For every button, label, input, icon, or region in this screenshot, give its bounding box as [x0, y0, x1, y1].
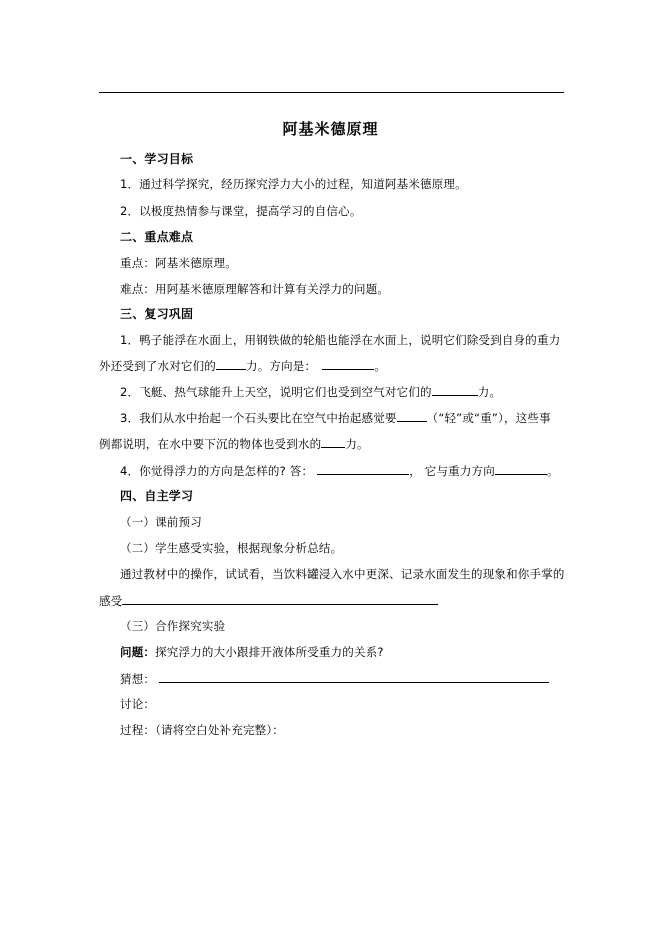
q1-blank-direction[interactable]	[322, 357, 374, 370]
experiment-paragraph-line2: 感受	[99, 592, 438, 609]
guess-label: 猜想：	[120, 672, 155, 686]
review-question-3-line2: 例都说明，在水中要下沉的物体也受到水的力。	[99, 435, 369, 452]
review-question-1-line2: 外还受到了水对它们的力。方向是：。	[99, 357, 386, 374]
subsection-cooperative-experiment: （三）合作探究实验	[120, 618, 225, 634]
guess-blank[interactable]	[159, 670, 549, 683]
section-heading-self-study: 四、自主学习	[120, 488, 193, 504]
discussion-label: 讨论：	[120, 696, 155, 712]
review-question-2: 2．飞艇、热气球能升上天空，说明它们也受到空气对它们的力。	[120, 383, 501, 400]
review-question-3-line1: 3．我们从水中抬起一个石头要比在空气中抬起感觉要（“轻”或“重”），这些事	[120, 409, 551, 426]
q2-blank-force[interactable]	[432, 383, 478, 396]
document-page: 阿基米德原理 一、学习目标 1．通过科学探究，经历探究浮力大小的过程，知道阿基米…	[0, 0, 661, 935]
q1-blank-force[interactable]	[216, 357, 246, 370]
key-point-label: 重点：	[120, 256, 155, 270]
q1-text-a: 外还受到了水对它们的	[99, 359, 216, 373]
question-label: 问题：	[120, 645, 155, 659]
subsection-preview: （一）课前预习	[120, 514, 202, 530]
q1-text-b: 力。方向是：	[246, 359, 316, 373]
q3-text-c: 例都说明，在水中要下沉的物体也受到水的	[99, 437, 321, 451]
question-text: 探究浮力的大小跟排开液体所受重力的关系?	[155, 645, 384, 659]
q2-text-b: 力。	[478, 385, 501, 399]
guess-line: 猜想：	[120, 670, 549, 687]
experiment-paragraph-line1: 通过教材中的操作，试试看，当饮料罐浸入水中更深、记录水面发生的现象和你手掌的	[120, 566, 565, 582]
q3-text-d: 力。	[345, 437, 368, 451]
goal-item-1: 1．通过科学探究，经历探究浮力大小的过程，知道阿基米德原理。	[120, 176, 467, 192]
key-point-line: 重点：阿基米德原理。	[120, 255, 237, 271]
q3-blank-force[interactable]	[321, 435, 345, 448]
review-question-4: 4．你觉得浮力的方向是怎样的? 答：， 它与重力方向。	[120, 462, 559, 479]
review-question-1-line1: 1．鸭子能浮在水面上，用钢铁做的轮船也能浮在水面上，说明它们除受到自身的重力	[120, 332, 560, 348]
difficulty-label: 难点：	[120, 282, 155, 296]
q3-text-b: （“轻”或“重”），这些事	[427, 411, 551, 425]
feeling-blank[interactable]	[122, 592, 438, 605]
difficulty-text: 用阿基米德原理解答和计算有关浮力的问题。	[155, 282, 389, 296]
process-label: 过程：（请将空白处补充完整）：	[120, 722, 284, 738]
q4-text-b: ， 它与重力方向	[409, 464, 495, 478]
q4-text-a: 4．你觉得浮力的方向是怎样的? 答：	[120, 464, 313, 478]
header-rule	[99, 92, 564, 93]
q4-text-c: 。	[547, 464, 559, 478]
section-heading-learning-goals: 一、学习目标	[120, 151, 193, 167]
key-point-text: 阿基米德原理。	[155, 256, 237, 270]
question-line: 问题：探究浮力的大小跟排开液体所受重力的关系?	[120, 644, 384, 660]
q4-blank-relation[interactable]	[495, 462, 547, 475]
difficulty-line: 难点：用阿基米德原理解答和计算有关浮力的问题。	[120, 281, 389, 297]
subsection-experience: （二）学生感受实验，根据现象分析总结。	[120, 540, 342, 556]
section-heading-review: 三、复习巩固	[120, 306, 193, 322]
q1-text-c: 。	[374, 359, 386, 373]
q3-blank-light-heavy[interactable]	[397, 409, 427, 422]
section-heading-key-points: 二、重点难点	[120, 229, 193, 245]
q2-text-a: 2．飞艇、热气球能升上天空，说明它们也受到空气对它们的	[120, 385, 432, 399]
q3-text-a: 3．我们从水中抬起一个石头要比在空气中抬起感觉要	[120, 411, 397, 425]
document-title: 阿基米德原理	[0, 119, 661, 139]
goal-item-2: 2．以极度热情参与课堂，提高学习的自信心。	[120, 203, 362, 219]
q4-blank-direction[interactable]	[317, 462, 409, 475]
feeling-label: 感受	[99, 594, 122, 608]
